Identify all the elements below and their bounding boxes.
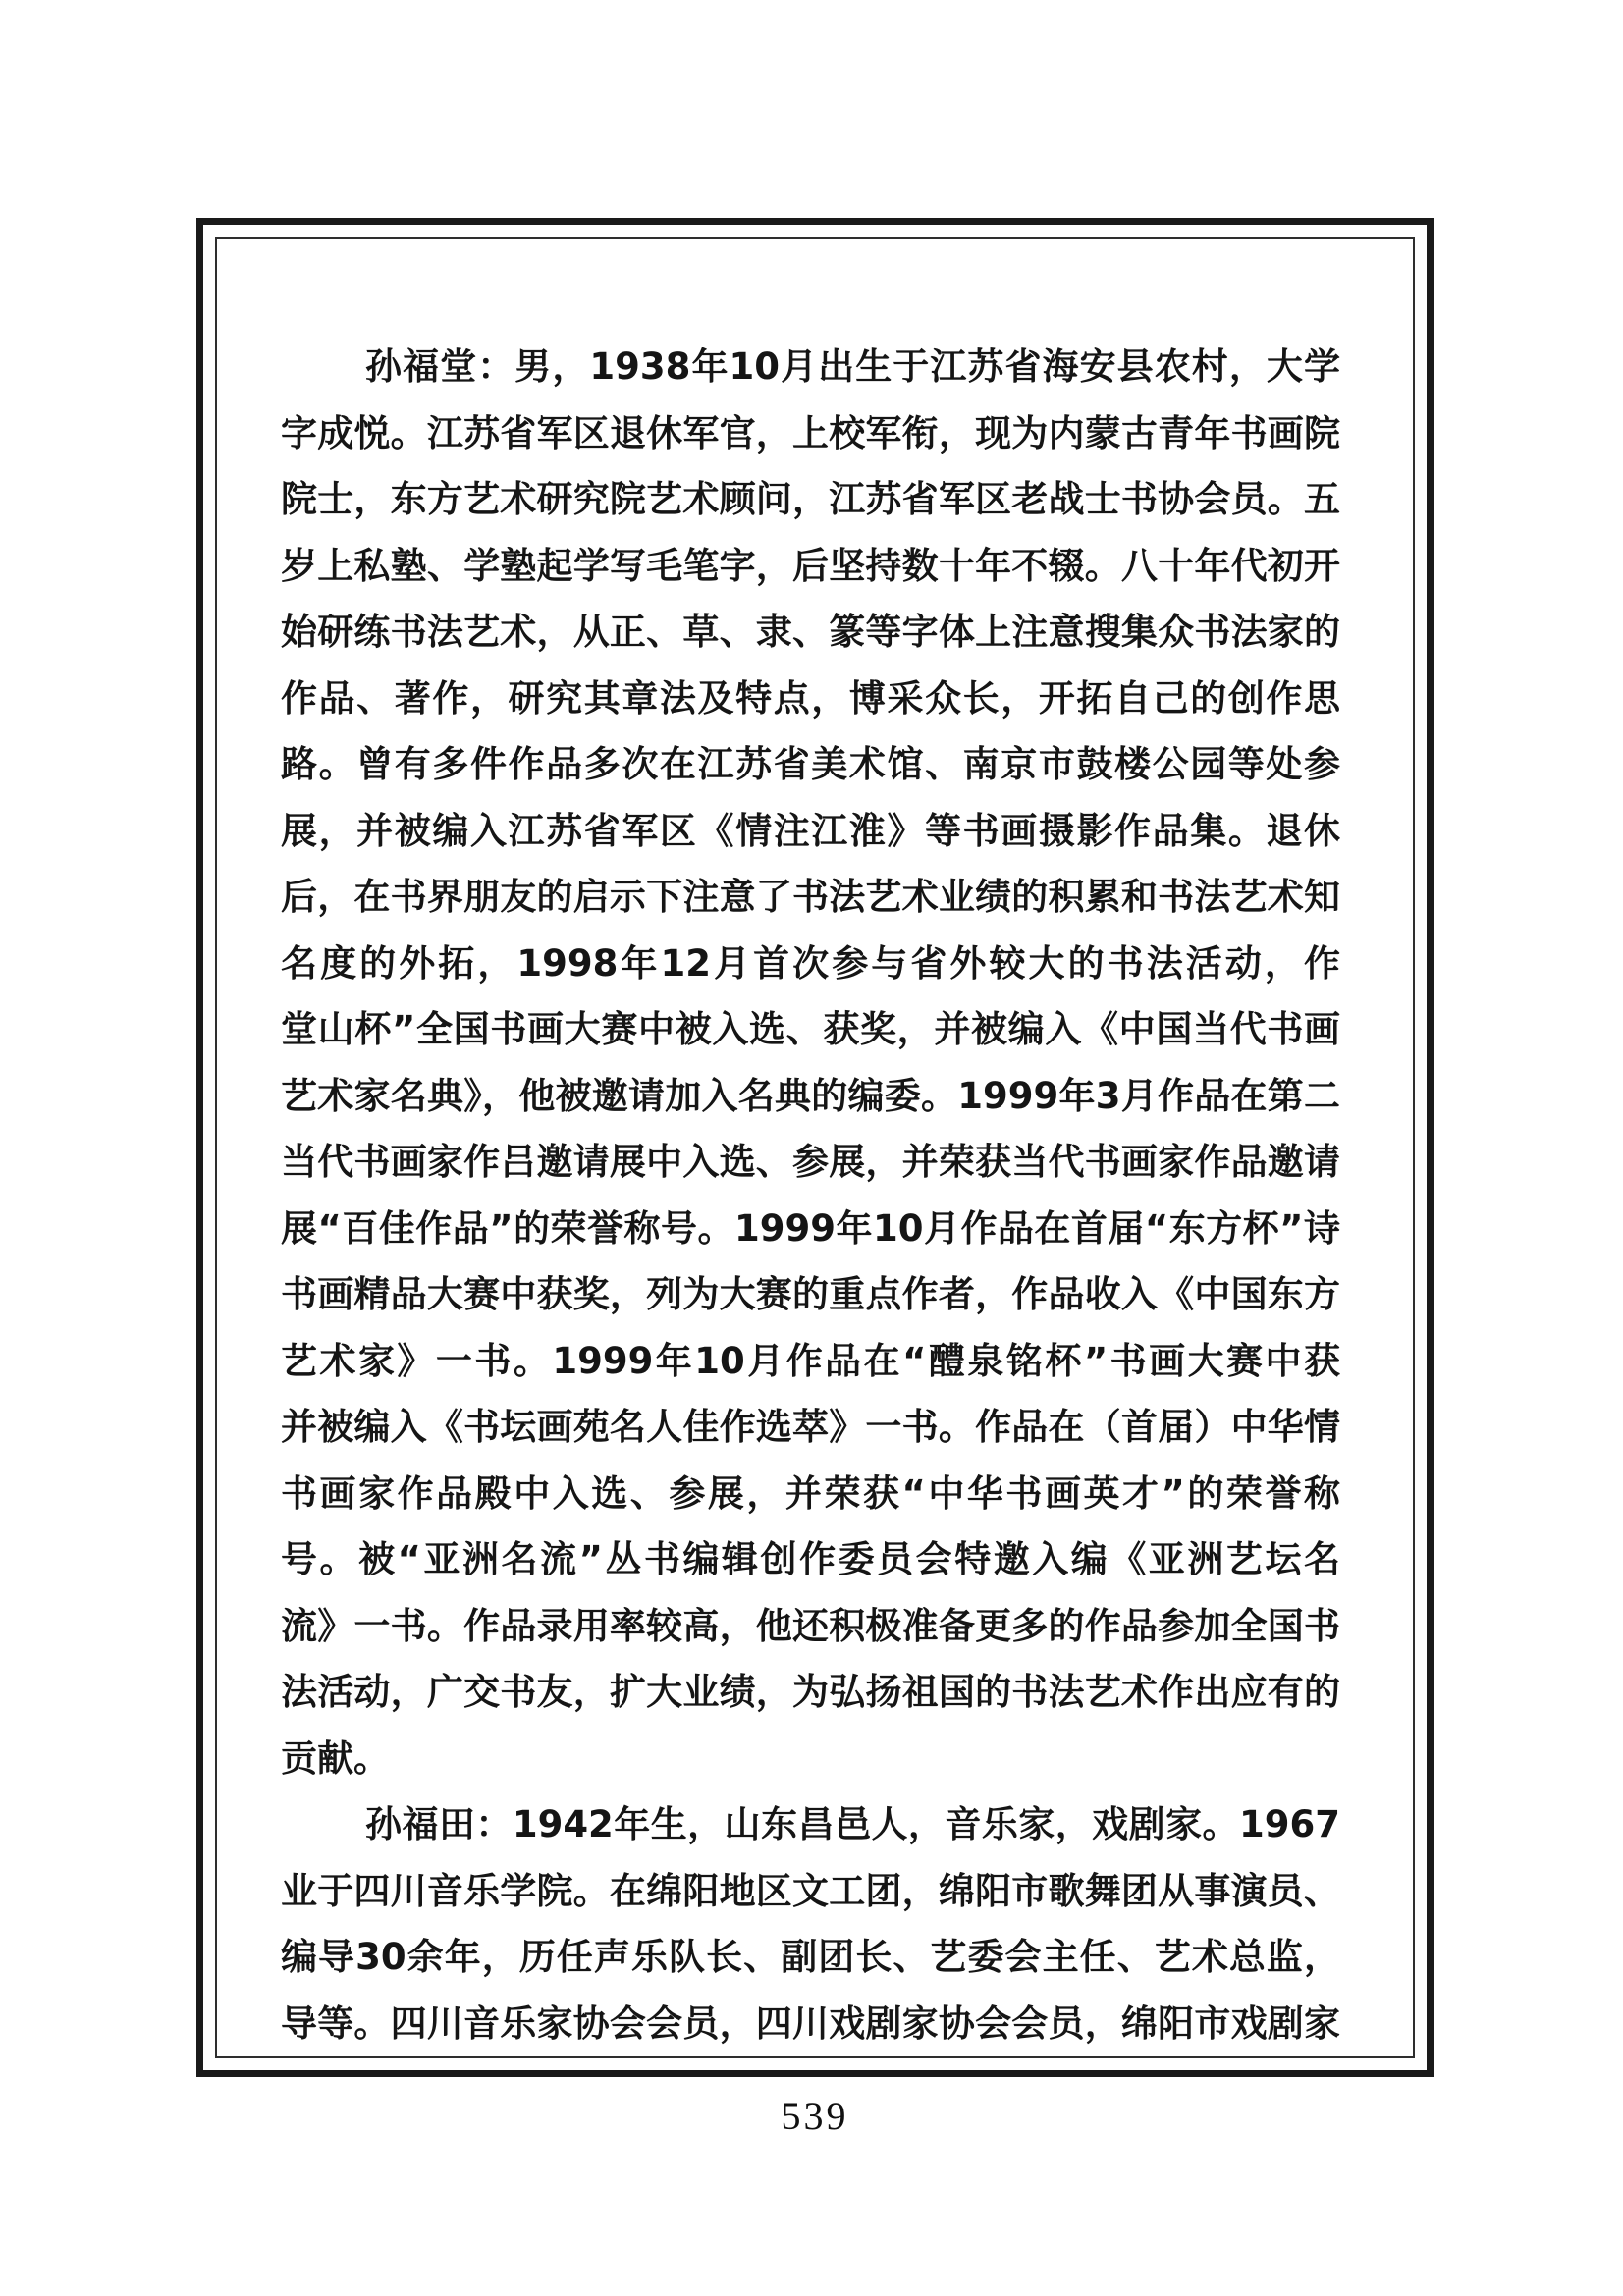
text-line: 业于四川音乐学院。在绵阳地区文工团，绵阳市歌舞团从事演员、 [281, 1858, 1340, 1925]
text-line: 堂山杯”全国书画大赛中被入选、获奖，并被编入《中国当代书画 [281, 996, 1340, 1063]
text-line: 后，在书界朋友的启示下注意了书法艺术业绩的积累和书法艺术知 [281, 864, 1340, 931]
text-line: 展“百佳作品”的荣誉称号。1999年10月作品在首届“东方杯”诗 [281, 1196, 1340, 1262]
book-page: 孙福堂：男，1938年10月出生于江苏省海安县农村，大学文化字成悦。江苏省军区退… [0, 0, 1623, 2296]
page-number: 539 [196, 2093, 1434, 2140]
bio-text-block: 孙福堂：男，1938年10月出生于江苏省海安县农村，大学文化字成悦。江苏省军区退… [281, 334, 1340, 2056]
text-line: 岁上私塾、学塾起学写毛笔字，后坚持数十年不辍。八十年代初开 [281, 533, 1340, 600]
text-line: 号。被“亚洲名流”丛书编辑创作委员会特邀入编《亚洲艺坛名 [281, 1526, 1340, 1593]
sun-futang-biography: 孙福堂：男，1938年10月出生于江苏省海安县农村，大学文化字成悦。江苏省军区退… [281, 334, 1340, 1791]
text-line: 编导30余年，历任声乐队长、副团长、艺委会主任、艺术总监，指 [281, 1924, 1340, 1991]
text-line: 导等。四川音乐家协会会员，四川戏剧家协会会员，绵阳市戏剧家 [281, 1991, 1340, 2057]
text-line: 艺术家名典》，他被邀请加入名典的编委。1999年3月作品在第二届 [281, 1063, 1340, 1130]
text-line: 贡献。 [281, 1726, 1340, 1792]
text-line: 流》一书。作品录用率较高，他还积极准备更多的作品参加全国书 [281, 1593, 1340, 1660]
text-line: 当代书画家作吕邀请展中入选、参展，并荣获当代书画家作品邀请 [281, 1129, 1340, 1196]
text-line: 名度的外拓，1998年12月首次参与省外较大的书法活动，作品“书 [281, 931, 1340, 997]
text-line: 始研练书法艺术，从正、草、隶、篆等字体上注意搜集众书法家的 [281, 599, 1340, 666]
text-line: 并被编入《书坛画苑名人佳作选萃》一书。作品在（首届）中华情 [281, 1394, 1340, 1461]
text-line: 作品、著作，研究其章法及特点，博采众长，开拓自己的创作思 [281, 666, 1340, 732]
text-line: 孙福田：1942年生，山东昌邑人，音乐家，戏剧家。1967年毕 [281, 1791, 1340, 1858]
text-line: 书画家作品殿中入选、参展，并荣获“中华书画英才”的荣誉称 [281, 1461, 1340, 1527]
text-line: 路。曾有多件作品多次在江苏省美术馆、南京市鼓楼公园等处参 [281, 731, 1340, 798]
text-line: 法活动，广交书友，扩大业绩，为弘扬祖国的书法艺术作出应有的 [281, 1659, 1340, 1726]
text-line: 书画精品大赛中获奖，列为大赛的重点作者，作品收入《中国东方 [281, 1261, 1340, 1328]
text-line: 孙福堂：男，1938年10月出生于江苏省海安县农村，大学文化 [281, 334, 1340, 400]
text-line: 展，并被编入江苏省军区《情注江淮》等书画摄影作品集。退休 [281, 798, 1340, 865]
text-line: 字成悦。江苏省军区退休军官，上校军衔，现为内蒙古青年书画院 [281, 400, 1340, 467]
sun-futian-biography: 孙福田：1942年生，山东昌邑人，音乐家，戏剧家。1967年毕业于四川音乐学院。… [281, 1791, 1340, 2056]
text-line: 院士，东方艺术研究院艺术顾问，江苏省军区老战士书协会员。五 [281, 466, 1340, 533]
text-line: 艺术家》一书。1999年10月作品在“醴泉铭杯”书画大赛中获奖， [281, 1328, 1340, 1395]
